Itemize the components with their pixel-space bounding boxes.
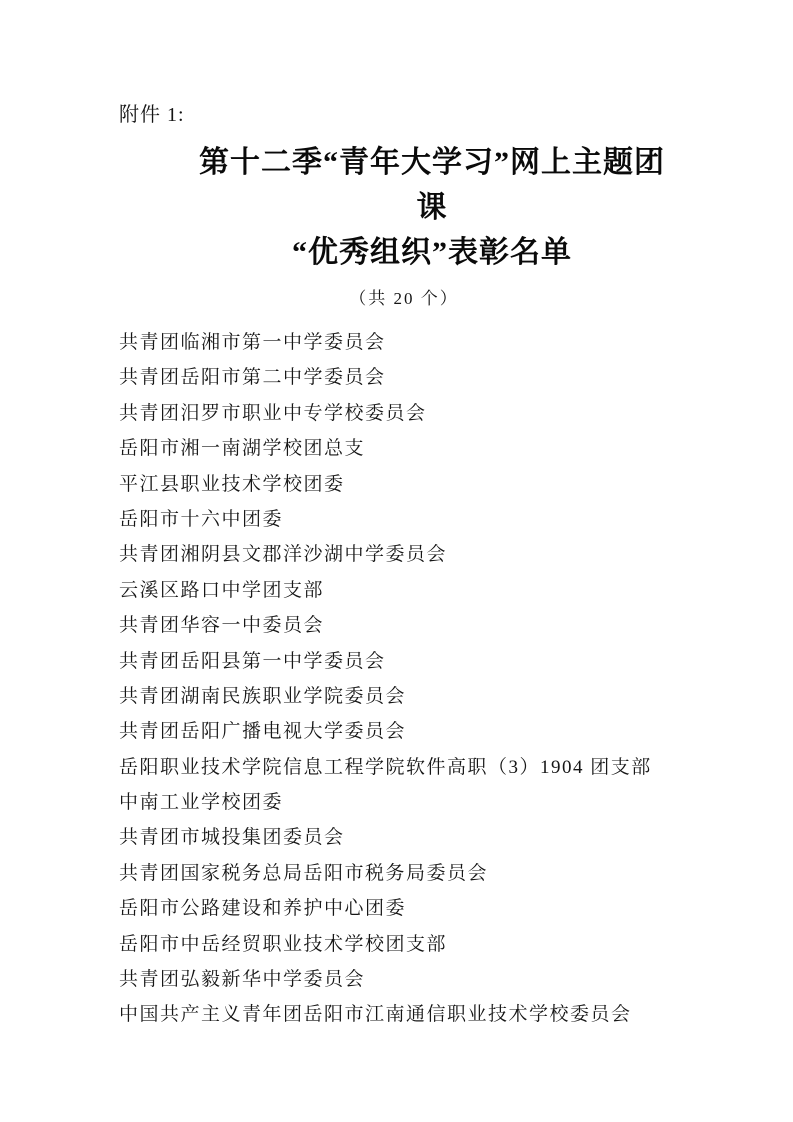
awardee-item: 岳阳职业技术学院信息工程学院软件高职（3）1904 团支部 [119, 750, 675, 785]
awardee-item: 共青团岳阳市第二中学委员会 [119, 360, 675, 395]
document-page: 附件 1: 第十二季“青年大学习”网上主题团课 “优秀组织”表彰名单 （共 20… [0, 0, 793, 1122]
awardee-item: 共青团岳阳县第一中学委员会 [119, 644, 675, 679]
document-title-line-2: “优秀组织”表彰名单 [189, 230, 675, 275]
awardee-item: 中国共产主义青年团岳阳市江南通信职业技术学校委员会 [119, 997, 675, 1032]
awardee-item: 平江县职业技术学校团委 [119, 467, 675, 502]
awardee-item: 岳阳市十六中团委 [119, 502, 675, 537]
document-title: 第十二季“青年大学习”网上主题团课 “优秀组织”表彰名单 [119, 140, 675, 275]
count-note: （共 20 个） [119, 287, 675, 311]
awardee-item: 共青团岳阳广播电视大学委员会 [119, 714, 675, 749]
awardee-item: 云溪区路口中学团支部 [119, 573, 675, 608]
awardee-item: 共青团市城投集团委员会 [119, 820, 675, 855]
attachment-label: 附件 1: [119, 102, 675, 128]
document-title-line-1: 第十二季“青年大学习”网上主题团课 [189, 140, 675, 230]
awardee-item: 共青团国家税务总局岳阳市税务局委员会 [119, 856, 675, 891]
awardee-item: 共青团湘阴县文郡洋沙湖中学委员会 [119, 537, 675, 572]
awardee-item: 中南工业学校团委 [119, 785, 675, 820]
awardee-item: 岳阳市中岳经贸职业技术学校团支部 [119, 927, 675, 962]
awardee-item: 共青团汨罗市职业中专学校委员会 [119, 396, 675, 431]
awardee-item: 共青团弘毅新华中学委员会 [119, 962, 675, 997]
awardee-item: 岳阳市湘一南湖学校团总支 [119, 431, 675, 466]
awardee-list: 共青团临湘市第一中学委员会共青团岳阳市第二中学委员会共青团汨罗市职业中专学校委员… [119, 325, 675, 1033]
awardee-item: 共青团湖南民族职业学院委员会 [119, 679, 675, 714]
awardee-item: 共青团临湘市第一中学委员会 [119, 325, 675, 360]
awardee-item: 共青团华容一中委员会 [119, 608, 675, 643]
awardee-item: 岳阳市公路建设和养护中心团委 [119, 891, 675, 926]
